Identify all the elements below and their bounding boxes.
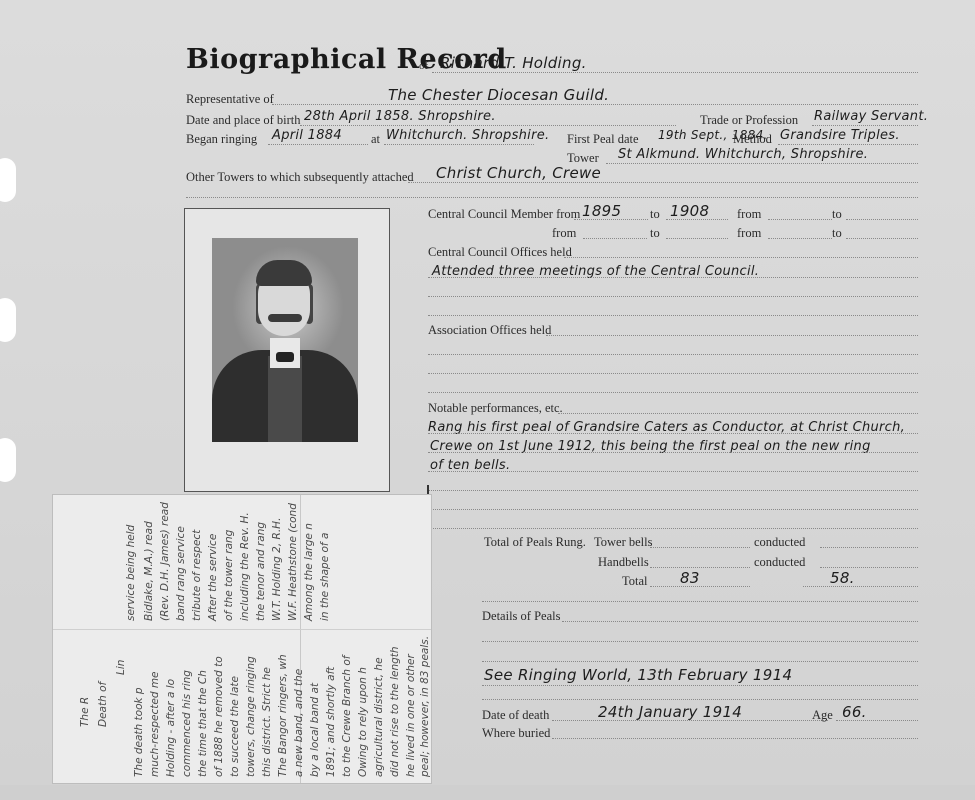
tower-conducted-line xyxy=(820,547,918,548)
cc-line-b xyxy=(428,296,918,297)
notable-line xyxy=(558,413,918,414)
birth-label: Date and place of birth xyxy=(186,113,301,128)
notable-rule-2 xyxy=(428,452,918,453)
began-at-line xyxy=(384,144,534,145)
binder-hole xyxy=(0,158,16,202)
clipping-text: peal; however, in 83 peals. xyxy=(419,636,431,777)
obituary-clipping: The R Death of Lin The death took p much… xyxy=(52,494,432,784)
clipping-text: much-respected me xyxy=(149,671,161,777)
cc-member-label: Central Council Member from xyxy=(428,207,580,222)
details-of-peals-label: Details of Peals xyxy=(482,609,560,624)
clipping-text: agricultural district, he xyxy=(373,657,385,777)
clipping-text: Bidlake, M.A.) read xyxy=(143,521,155,621)
association-line-a xyxy=(428,354,918,355)
began-at-value: Whitchurch. Shropshire. xyxy=(386,128,549,143)
clipping-text: tribute of respect xyxy=(191,530,203,621)
other-towers-line xyxy=(408,182,918,183)
clipping-text: the tenor and rang xyxy=(255,522,267,621)
peals-rule xyxy=(482,601,918,602)
cc-to-label-3: to xyxy=(650,226,660,241)
trade-line xyxy=(812,125,918,126)
title-of-label: of xyxy=(419,60,428,72)
page-bottom-edge xyxy=(0,785,975,800)
clipping-text: of 1888 he removed to xyxy=(213,656,225,777)
clipping-text: (Rev. D.H. James) read xyxy=(159,502,171,621)
age-label: Age xyxy=(812,708,833,723)
cc-to-label-1: to xyxy=(650,207,660,222)
association-line-c xyxy=(428,392,918,393)
clipping-text: W.F. Heathstone (cond xyxy=(287,503,299,621)
cc-to-line-2 xyxy=(846,219,918,220)
cc-offices-label: Central Council Offices held xyxy=(428,245,572,260)
handbells-conducted-line xyxy=(820,567,918,568)
clipping-text: in the shape of a xyxy=(319,533,331,621)
notable-rule-3 xyxy=(428,471,918,472)
notable-label: Notable performances, etc. xyxy=(428,401,563,416)
clipping-text: service being held xyxy=(125,525,137,621)
cc-from-line-4 xyxy=(768,238,832,239)
cc-line-a xyxy=(428,277,918,278)
cc-member-from-1: 1895 xyxy=(582,202,621,220)
clipping-text: Death of xyxy=(97,682,109,727)
clipping-text: to succeed the late xyxy=(229,676,241,777)
clipping-text: The Bangor ringers, wh xyxy=(277,654,289,777)
association-line-b xyxy=(428,373,918,374)
cc-to-label-4: to xyxy=(832,226,842,241)
clipping-text: Lin xyxy=(115,660,127,675)
method-value: Grandsire Triples. xyxy=(780,128,900,143)
notable-rule-4 xyxy=(428,490,918,491)
total-value: 83 xyxy=(680,569,700,587)
first-peal-label: First Peal date xyxy=(567,132,639,147)
clipping-text: the time that the Ch xyxy=(197,670,209,777)
handbells-conducted-label: conducted xyxy=(754,555,805,570)
clipping-text: Owing to rely upon h xyxy=(357,667,369,777)
began-label: Began ringing xyxy=(186,132,257,147)
cc-member-to-1: 1908 xyxy=(670,202,709,220)
details-line-c xyxy=(482,685,918,686)
name-line xyxy=(432,72,918,73)
clipping-text: to the Crewe Branch of xyxy=(341,656,353,777)
clipping-text: After the service xyxy=(207,534,219,621)
cc-to-line-4 xyxy=(846,238,918,239)
record-name: Richard T. Holding. xyxy=(440,54,587,72)
trade-value: Railway Servant. xyxy=(814,109,928,124)
clipping-text: The R xyxy=(79,697,91,727)
association-offices-label: Association Offices held xyxy=(428,323,551,338)
cc-from-label-2: from xyxy=(737,207,761,222)
notable-rule-1 xyxy=(428,433,918,434)
portrait-photo xyxy=(212,238,358,442)
clipping-text: by a local band at xyxy=(309,683,321,777)
cc-to-label-2: to xyxy=(832,207,842,222)
clipping-text: Among the large n xyxy=(303,523,315,621)
clipping-text: 1891; and shortly aft xyxy=(325,667,337,777)
cc-to-line-3 xyxy=(666,238,728,239)
representative-label: Representative of xyxy=(186,92,274,107)
representative-value: The Chester Diocesan Guild. xyxy=(388,86,609,104)
cc-from-label-3: from xyxy=(552,226,576,241)
tower-bells-line xyxy=(650,547,750,548)
cc-line-c xyxy=(428,315,918,316)
notable-rule-6 xyxy=(428,528,918,529)
other-towers-value: Christ Church, Crewe xyxy=(436,164,601,182)
date-of-death-value: 24th January 1914 xyxy=(598,703,742,721)
tower-line xyxy=(606,163,918,164)
separator-line xyxy=(186,197,918,198)
clipping-text: of the tower rang xyxy=(223,530,235,621)
clipping-text: a new band, and the xyxy=(293,669,305,777)
clipping-text: Holding - after a lo xyxy=(165,679,177,777)
cc-offices-line xyxy=(564,257,918,258)
total-row-label: Total xyxy=(622,574,648,589)
began-line xyxy=(268,144,368,145)
cc-from-line-2 xyxy=(768,219,832,220)
clipping-text: including the Rev. H. xyxy=(239,512,251,621)
where-buried-label: Where buried xyxy=(482,726,550,741)
method-line xyxy=(778,144,918,145)
handbells-label: Handbells xyxy=(598,555,649,570)
where-buried-line xyxy=(552,738,918,739)
association-line xyxy=(546,335,918,336)
clipping-text: towers, change ringing xyxy=(245,656,257,777)
tower-bells-label: Tower bells xyxy=(594,535,652,550)
cc-from-line-3 xyxy=(583,238,647,239)
tower-conducted-label: conducted xyxy=(754,535,805,550)
trade-label: Trade or Profession xyxy=(700,113,798,128)
binder-hole xyxy=(0,438,16,482)
binder-hole xyxy=(0,298,16,342)
details-of-peals-value: See Ringing World, 13th February 1914 xyxy=(484,666,792,684)
cc-from-label-4: from xyxy=(737,226,761,241)
peals-total-label: Total of Peals Rung. xyxy=(484,535,586,550)
notable-rule-5 xyxy=(428,509,918,510)
details-line-b xyxy=(482,661,918,662)
tower-value: St Alkmund. Whitchurch, Shropshire. xyxy=(618,147,868,162)
details-line xyxy=(562,621,918,622)
total-line xyxy=(650,586,750,587)
total-conducted-line xyxy=(803,586,918,587)
clipping-text: did not rise to the length xyxy=(389,646,401,777)
details-line-a xyxy=(482,641,918,642)
clipping-text: band rang service xyxy=(175,526,187,621)
scanned-page: Biographical Record of Richard T. Holdin… xyxy=(0,0,975,800)
age-value: 66. xyxy=(842,703,867,721)
total-conducted-value: 58. xyxy=(830,569,855,587)
other-towers-label: Other Towers to which subsequently attac… xyxy=(186,170,414,185)
began-value: April 1884 xyxy=(272,128,342,143)
method-label: Method xyxy=(733,132,772,147)
began-at-label: at xyxy=(371,132,380,147)
clipping-text: The death took p xyxy=(133,687,145,777)
birth-line xyxy=(300,125,676,126)
representative-line xyxy=(272,104,918,105)
clipping-text: W.T. Holding 2, R.H. xyxy=(271,518,283,621)
clipping-text: this district. Strict he xyxy=(261,667,273,777)
clipping-text: commenced his ring xyxy=(181,670,193,777)
clipping-text: he lived in one or other xyxy=(405,654,417,777)
handbells-line xyxy=(650,567,750,568)
birth-value: 28th April 1858. Shropshire. xyxy=(304,109,496,124)
details-line-d xyxy=(482,699,918,700)
date-of-death-label: Date of death xyxy=(482,708,549,723)
